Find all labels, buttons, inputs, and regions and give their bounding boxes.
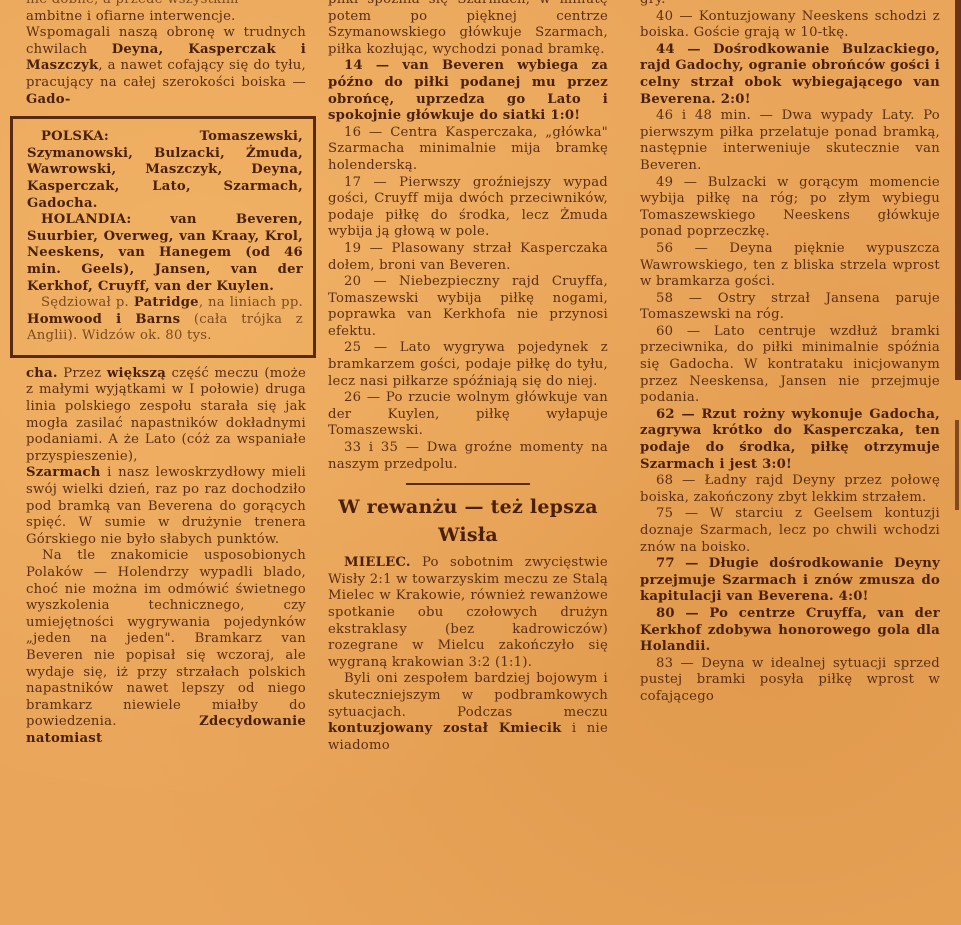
match-event-49: 49 — Bulzacki w gorącym momencie wybija … — [640, 175, 940, 241]
column-right: gry. 40 — Kontuzjowany Neeskens schodzi … — [640, 0, 940, 706]
match-event-56: 56 — Deyna pięknie wypuszcza Wawrowskieg… — [640, 241, 940, 291]
match-event-40: 40 — Kontuzjowany Neeskens schodzi z boi… — [640, 9, 940, 42]
column-border-right-lower — [955, 420, 959, 510]
body-paragraph-cont: Szarmach i nasz lewoskrzydłowy mieli swó… — [26, 465, 306, 548]
match-event-44: 44 — Dośrodkowanie Bulzackiego, rajd Gad… — [640, 42, 940, 108]
match-event: gry. — [640, 0, 940, 9]
body-paragraph-2: Na tle znakomicie usposobionych Polaków … — [26, 548, 306, 747]
match-event-83: 83 — Deyna w idealnej sytuacji sprzed pu… — [640, 656, 940, 706]
match-event-25: 25 — Lato wygrywa pojedynek z bramkarzem… — [328, 340, 608, 390]
lineup-holandia: HOLANDIA: van Beveren, Suurbier, Overweg… — [27, 212, 303, 295]
match-event-20: 20 — Niebezpieczny rajd Cruyffa, Tomasze… — [328, 274, 608, 340]
lineup-polska: POLSKA: Tomaszewski, Szymanowski, Bulzac… — [27, 129, 303, 212]
match-event-80: 80 — Po centrze Cruyffa, van der Kerkhof… — [640, 606, 940, 656]
match-event-19: 19 — Plasowany strzał Kasperczaka dołem,… — [328, 241, 608, 274]
match-event-68: 68 — Ładny rajd Deyny przez połowę boisk… — [640, 473, 940, 506]
match-event-58: 58 — Ostry strzał Jansena paruje Tomasze… — [640, 291, 940, 324]
match-event-33: 33 i 35 — Dwa groźne momenty na naszym p… — [328, 440, 608, 473]
match-event-14: 14 — van Beveren wybiega za późno do pił… — [328, 58, 608, 124]
article-paragraph-2: Byli oni zespołem bardziej bojowym i sku… — [328, 671, 608, 754]
intro-line: ambitne i ofiarne interwencje. — [26, 9, 306, 26]
column-left: nie dobne, a przede wszystkim ambitne i … — [26, 0, 306, 748]
match-event: piłki spóźnia się Szarmach, w minutę pot… — [328, 0, 608, 58]
match-event-16: 16 — Centra Kasperczaka, „główka" Szarma… — [328, 125, 608, 175]
match-event-26: 26 — Po rzucie wolnym główkuje van der K… — [328, 390, 608, 440]
match-event-60: 60 — Lato centruje wzdłuż bramki przeciw… — [640, 324, 940, 407]
intro-paragraph: Wspomagali naszą obronę w trudnych chwil… — [26, 25, 306, 108]
match-event-77: 77 — Długie dośrodkowanie Deyny przejmuj… — [640, 556, 940, 606]
column-middle: piłki spóźnia się Szarmach, w minutę pot… — [328, 0, 608, 754]
body-paragraph: cha. Przez większą część meczu (może z m… — [26, 366, 306, 466]
referee-info: Sędziował p. Patridge, na liniach pp. Ho… — [27, 295, 303, 345]
article-paragraph-1: MIELEC. Po sobotnim zwycięstwie Wisły 2:… — [328, 555, 608, 671]
column-border-right — [955, 0, 961, 380]
intro-line: nie dobne, a przede wszystkim — [26, 0, 306, 9]
divider — [406, 483, 530, 485]
match-event-46: 46 i 48 min. — Dwa wypady Laty. Po pierw… — [640, 108, 940, 174]
match-event-75: 75 — W starciu z Geelsem kontuzji doznaj… — [640, 506, 940, 556]
match-event-62: 62 — Rzut rożny wykonuje Gadocha, zagryw… — [640, 407, 940, 473]
lineup-box: POLSKA: Tomaszewski, Szymanowski, Bulzac… — [10, 116, 316, 358]
match-event-17: 17 — Pierwszy groźniejszy wypad gości, C… — [328, 175, 608, 241]
article-headline: W rewanżu — też lepsza Wisła — [328, 493, 608, 549]
